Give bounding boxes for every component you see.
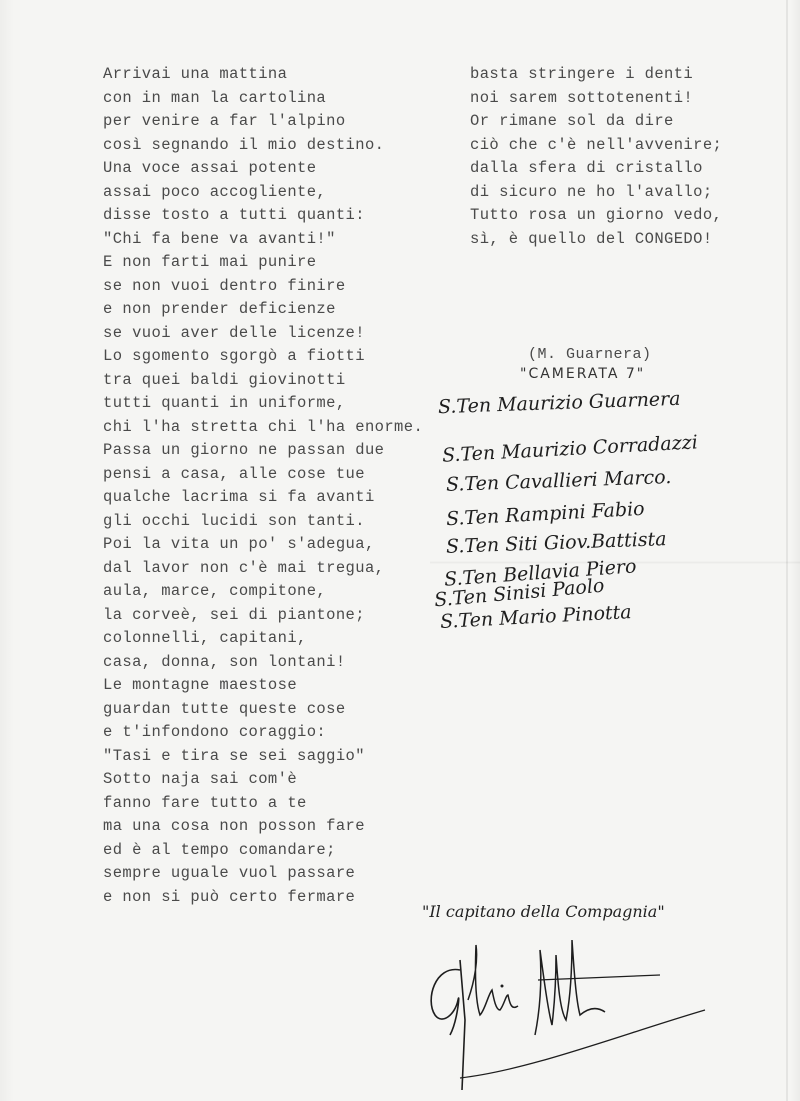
poem-line: Sotto naja sai com'è — [103, 768, 423, 792]
poem-line: "Chi fa bene va avanti!" — [103, 228, 423, 252]
poem-line: aula, marce, compitone, — [103, 580, 423, 604]
poem-line: Arrivai una mattina — [103, 63, 423, 87]
signature: S.Ten Cavallieri Marco. — [446, 466, 672, 496]
poem-line: Le montagne maestose — [103, 674, 423, 698]
poem-line: fanno fare tutto a te — [103, 792, 423, 816]
poem-line: assai poco accogliente, — [103, 181, 423, 205]
poem-line: e t'infondono coraggio: — [103, 721, 423, 745]
poem-line: colonnelli, capitani, — [103, 627, 423, 651]
poem-line: chi l'ha stretta chi l'ha enorme. — [103, 416, 423, 440]
poem-line: Lo sgomento sgorgò a fiotti — [103, 345, 423, 369]
poem-line: Poi la vita un po' s'adegua, — [103, 533, 423, 557]
poem-line: dal lavor non c'è mai tregua, — [103, 557, 423, 581]
poem-line: dalla sfera di cristallo — [470, 157, 722, 181]
poem-line: basta stringere i denti — [470, 63, 722, 87]
poem-line: noi sarem sottotenenti! — [470, 87, 722, 111]
group-title: "CAMERATA 7" — [520, 366, 645, 382]
poem-line: disse tosto a tutti quanti: — [103, 204, 423, 228]
captain-signature — [420, 940, 710, 1090]
poem-line: Una voce assai potente — [103, 157, 423, 181]
poem-line: e non prender deficienze — [103, 298, 423, 322]
poem-line: sì, è quello del CONGEDO! — [470, 228, 722, 252]
signature: S.Ten Siti Giov.Battista — [446, 528, 667, 558]
poem-right-column: basta stringere i dentinoi sarem sottote… — [470, 63, 722, 251]
poem-line: Passa un giorno ne passan due — [103, 439, 423, 463]
signature: S.Ten Maurizio Corradazzi — [442, 431, 699, 466]
poem-line: di sicuro ne ho l'avallo; — [470, 181, 722, 205]
poem-line: "Tasi e tira se sei saggio" — [103, 745, 423, 769]
poem-line: per venire a far l'alpino — [103, 110, 423, 134]
paper-edge — [786, 0, 788, 1101]
captain-caption: "Il capitano della Compagnia" — [422, 902, 665, 921]
poem-line: con in man la cartolina — [103, 87, 423, 111]
poem-line: tutti quanti in uniforme, — [103, 392, 423, 416]
poem-line: casa, donna, son lontani! — [103, 651, 423, 675]
signature: S.Ten Rampini Fabio — [446, 498, 646, 530]
poem-line: tra quei baldi giovinotti — [103, 369, 423, 393]
poem-line: qualche lacrima si fa avanti — [103, 486, 423, 510]
poem-author: (M. Guarnera) — [528, 346, 652, 363]
poem-line: ed è al tempo comandare; — [103, 839, 423, 863]
poem-line: E non farti mai punire — [103, 251, 423, 275]
document-page: Arrivai una mattinacon in man la cartoli… — [0, 0, 800, 1101]
poem-line: sempre uguale vuol passare — [103, 862, 423, 886]
poem-line: e non si può certo fermare — [103, 886, 423, 910]
poem-line: pensi a casa, alle cose tue — [103, 463, 423, 487]
poem-line: ciò che c'è nell'avvenire; — [470, 134, 722, 158]
poem-line: così segnando il mio destino. — [103, 134, 423, 158]
poem-line: se vuoi aver delle licenze! — [103, 322, 423, 346]
poem-line: Or rimane sol da dire — [470, 110, 722, 134]
poem-line: se non vuoi dentro finire — [103, 275, 423, 299]
poem-line: guardan tutte queste cose — [103, 698, 423, 722]
poem-line: Tutto rosa un giorno vedo, — [470, 204, 722, 228]
signature: S.Ten Maurizio Guarnera — [438, 388, 681, 418]
poem-line: ma una cosa non posson fare — [103, 815, 423, 839]
poem-line: gli occhi lucidi son tanti. — [103, 510, 423, 534]
poem-line: la corveè, sei di piantone; — [103, 604, 423, 628]
poem-left-column: Arrivai una mattinacon in man la cartoli… — [103, 63, 423, 909]
